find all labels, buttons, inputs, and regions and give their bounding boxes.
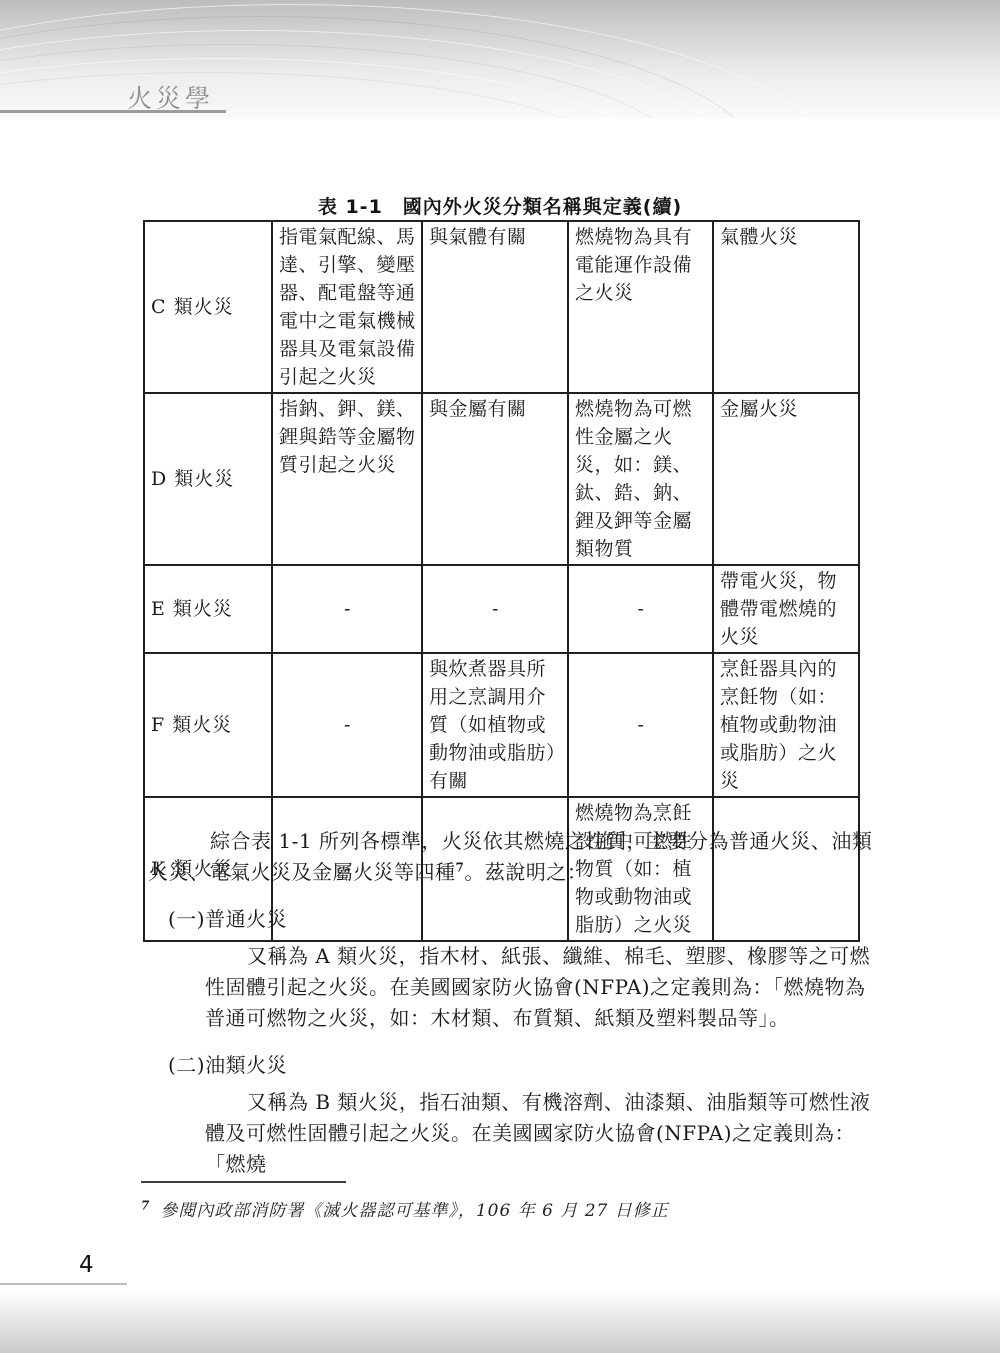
section-heading-oil-fire: (二)油類火災 [168,1050,884,1081]
table-cell: 烹飪器具內的烹飪物（如：植物或動物油或脂肪）之火災 [713,653,859,797]
table-cell: 指鈉、鉀、鎂、鋰與鋯等金屬物質引起之火災 [272,393,422,565]
table-cell: - [272,653,422,797]
table-cell: 燃燒物為可燃性金屬之火災，如：鎂、鈦、鋯、鈉、鋰及鉀等金屬類物質 [568,393,713,565]
table-cell: 與氣體有關 [422,221,568,393]
row-label-cell: C 類火災 [144,221,272,393]
footer-gradient-band [0,1291,1000,1353]
table-cell: 氣體火災 [713,221,859,393]
intro-text-after: 。茲說明之： [464,860,587,884]
table-row-d: D 類火災 指鈉、鉀、鎂、鋰與鋯等金屬物質引起之火災 與金屬有關 燃燒物為可燃性… [144,393,859,565]
book-title-rule [0,110,226,113]
footnote: 7參閱內政部消防署《滅火器認可基準》，106 年 6 月 27 日修正 [141,1196,669,1221]
table-cell: - [272,565,422,653]
footnote-number: 7 [141,1198,150,1212]
table-cell: - [568,565,713,653]
row-label-cell: E 類火災 [144,565,272,653]
table-cell: - [422,565,568,653]
section-body-oil-fire: 又稱為 B 類火災，指石油類、有機溶劑、油漆類、油脂類等可燃性液體及可燃性固體引… [205,1087,884,1180]
table-cell: 金屬火災 [713,393,859,565]
table-cell: 帶電火災，物體帶電燃燒的火災 [713,565,859,653]
table-cell: 指電氣配線、馬達、引擎、變壓器、配電盤等通電中之電氣機械器具及電氣設備引起之火災 [272,221,422,393]
table-cell: 與金屬有關 [422,393,568,565]
section-body-ordinary-fire: 又稱為 A 類火災，指木材、紙張、纖維、棉毛、塑膠、橡膠等之可燃性固體引起之火災… [205,941,884,1034]
table-cell: 與炊煮器具所用之烹調用介質（如植物或動物油或脂肪）有關 [422,653,568,797]
row-label-cell: D 類火災 [144,393,272,565]
table-caption: 表 1-1 國內外火災分類名稱與定義(續) [0,192,1000,219]
table-cell: 燃燒物為具有電能運作設備之火災 [568,221,713,393]
page-number: 4 [79,1252,94,1278]
table-row-f: F 類火災 - 與炊煮器具所用之烹調用介質（如植物或動物油或脂肪）有關 - 烹飪… [144,653,859,797]
footnote-separator-rule [141,1181,346,1183]
table-row-c: C 類火災 指電氣配線、馬達、引擎、變壓器、配電盤等通電中之電氣機械器具及電氣設… [144,221,859,393]
page-number-rule [0,1283,127,1285]
table-row-e: E 類火災 - - - 帶電火災，物體帶電燃燒的火災 [144,565,859,653]
body-text: 綜合表 1-1 所列各標準，火災依其燃燒之性質，主要分為普通火災、油類火災、電氣… [148,826,884,1180]
row-label-cell: F 類火災 [144,653,272,797]
section-heading-ordinary-fire: (一)普通火災 [168,904,884,935]
intro-paragraph: 綜合表 1-1 所列各標準，火災依其燃燒之性質，主要分為普通火災、油類火災、電氣… [148,826,884,888]
table-cell: - [568,653,713,797]
footnote-text: 參閱內政部消防署《滅火器認可基準》，106 年 6 月 27 日修正 [160,1201,668,1221]
